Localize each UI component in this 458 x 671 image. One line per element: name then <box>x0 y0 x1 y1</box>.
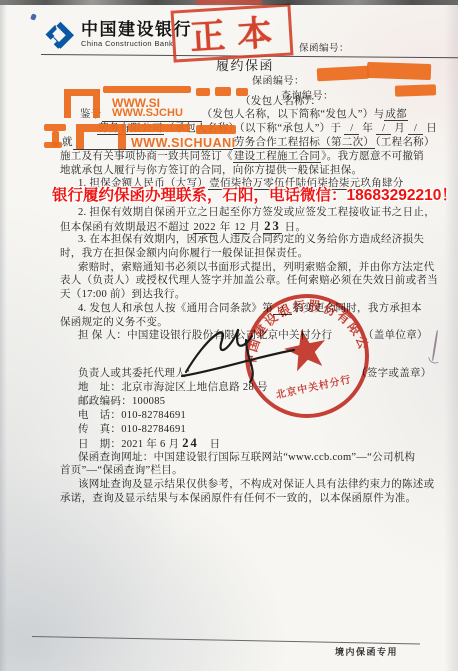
doc-line: 该网址查询及显示结果仅供参考，不构成对保证人具有法律约束力的陈述或 <box>78 478 434 491</box>
doc-line: 2. 担保有效期自保函开立之日起至你方签发或应签发工程接收证书之日止， <box>78 206 435 219</box>
slash-field: / <box>344 123 359 135</box>
text-seg: 月 <box>394 123 405 134</box>
scan-artifact-blue-dot <box>30 13 37 20</box>
postcode-line: 邮政编码：100085 <box>78 395 165 408</box>
phone-line: 电 话：010-82784691 <box>78 409 186 422</box>
text-seg: 就 <box>62 137 73 148</box>
scan-artifact-red-smudge <box>196 0 262 4</box>
guarantee-no-label-top: 保函编号： <box>299 40 349 54</box>
doc-line: 保函查询网址：中国建设银行国际互联网站“www.ccb.com”—“公司机构 <box>78 451 415 464</box>
watermark-glyph <box>76 124 126 149</box>
watermark-glyph <box>44 124 66 131</box>
bank-logo-block: 中国建设银行 China Construction Bank <box>44 21 192 51</box>
doc-line: 地就承包人履行与你方签订的合同，向你方提供一般保证担保。 <box>60 164 362 177</box>
ccb-logo-icon <box>44 21 74 51</box>
postcode-label: 邮政编码： <box>78 396 132 407</box>
watermark-glyph <box>215 87 231 96</box>
watermark-glyph <box>196 88 210 96</box>
text-seg: （承包人名称）（以下称“承包人”）于 <box>164 123 341 134</box>
slash-field: / <box>408 123 423 135</box>
text-seg: 月 <box>249 222 260 233</box>
watermark-glyph <box>103 86 191 93</box>
guarantor-label: 担 保 人： <box>78 330 127 341</box>
footer-label: 境内保函专用 <box>335 645 398 658</box>
phone-label: 电 话： <box>78 410 121 421</box>
underlined-seg: 成都 <box>384 109 408 121</box>
postcode-value: 100085 <box>132 396 165 407</box>
date-suffix: 日 <box>210 439 221 450</box>
text-seg: （发包人名称，以下简称“发包人”）与 <box>202 109 385 120</box>
document-page: 中国建设银行 China Construction Bank 正本 保函编号： … <box>0 0 458 671</box>
address-label: 地 址： <box>78 382 121 393</box>
text-seg: 但本保函有效期最迟不超过 <box>60 222 190 233</box>
text-seg: 》。我方愿意不可撤销 <box>321 151 424 162</box>
watermark-glyph <box>236 88 248 96</box>
text-seg: 日。 <box>285 222 307 233</box>
doc-line: 时，我方在担保金额内向你履行一般保证担保责任。 <box>60 247 308 260</box>
signature-scribble <box>176 318 308 384</box>
fax-value: 010-82784691 <box>121 424 186 435</box>
doc-line: 施工及有关事项协商一致共同签订《建设工程施工合同》。我方愿意不可撤销 <box>60 150 424 163</box>
slash-field: / <box>376 123 391 135</box>
doc-line: 保函规定的义务不变。 <box>60 316 168 329</box>
doc-line: 3. 在本担保有效期内，因承包人违反合同约定的义务给你方造成经济损失 <box>78 233 424 246</box>
doc-line: 天（17:00 前）到达我行。 <box>60 288 186 301</box>
doc-line: 承诺，查询及显示结果与本保函原件有任何不一致的，以本保函原件为准。 <box>60 492 416 505</box>
doc-line: 表人（负责人）或授权代理人签字并加盖公章。任何索赔必须在失效日前或者当 <box>60 274 438 287</box>
date-line: 日 期：2021 年 6 月 24 日 <box>78 437 220 451</box>
redaction-blob <box>367 62 432 80</box>
doc-line: 索赔时，索赔通知书必须以书面形式提出，列明索赔金额，并由你方法定代 <box>78 261 434 274</box>
pen-mark-hook <box>428 355 439 365</box>
ad-overlay-banner: 银行履约保函办理联系，石阳，电话微信：18683292210！ <box>52 183 458 205</box>
seal-hint: （盖单位章） <box>363 329 428 342</box>
underlined-bold-seg: 23 <box>263 219 282 234</box>
phone-value: 010-82784691 <box>121 410 186 421</box>
doc-line: 但本保函有效期最迟不超过 2022 年 12 月 23 日。 <box>60 220 306 234</box>
date-day: 24 <box>182 436 199 450</box>
fax-label: 传 真： <box>78 424 121 435</box>
date-pre: 2021 年 6 月 <box>121 439 179 450</box>
watermark-glyph <box>196 125 236 134</box>
date-label: 日 期： <box>78 439 121 450</box>
doc-line: （发包人名称）： <box>240 95 321 108</box>
text-seg: 年 <box>362 123 373 134</box>
guarantee-no-label: 保函编号： <box>252 72 305 87</box>
watermark-glyph <box>64 89 100 118</box>
original-stamp: 正本 <box>171 3 294 62</box>
watermark-text: WWW.SJCHU <box>112 107 183 119</box>
doc-line: 首页”—“保函查询”栏目。 <box>60 464 183 477</box>
watermark-glyph <box>128 124 190 132</box>
text-seg: （工程名称） <box>375 137 435 148</box>
redaction-blob <box>317 66 370 82</box>
text-seg: 施工及有关事项协商一致共同签订《 <box>60 151 233 162</box>
footer-rule <box>32 636 420 645</box>
text-seg: 年 <box>220 222 231 233</box>
underlined-seg: 劳务合作工程招标（第二次） <box>233 137 375 149</box>
fax-line: 传 真：010-82784691 <box>78 423 186 436</box>
underlined-seg: 建设工程施工合同 <box>233 151 321 163</box>
watermark-glyph <box>44 142 62 148</box>
watermark-text: WWW.SICHUANI <box>131 136 236 150</box>
redaction-blob <box>395 84 436 96</box>
text-seg: 日 <box>426 123 437 134</box>
